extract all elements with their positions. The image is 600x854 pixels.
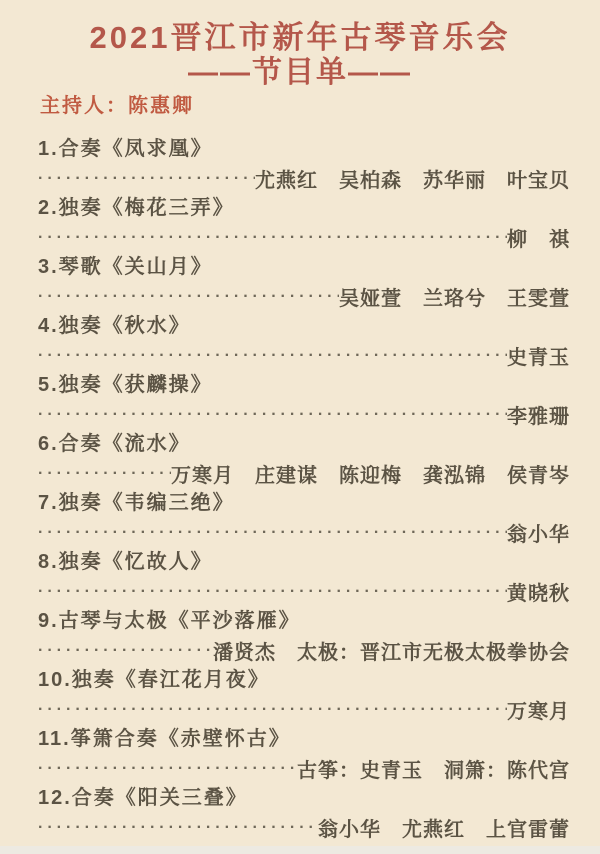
program-item-leader-row: ········································… <box>38 400 570 429</box>
program-item: 5.独奏《获麟操》 ······························… <box>38 370 570 429</box>
program-item-leader-row: ········································… <box>38 341 570 370</box>
program-item-title: 3.琴歌《关山月》 <box>38 252 570 282</box>
program-item-performers: 万寒月 <box>507 695 570 724</box>
program-item: 7.独奏《韦编三绝》 ·····························… <box>38 488 570 547</box>
page-title: 2021晋江市新年古琴音乐会 <box>0 0 600 56</box>
program-item-title: 9.古琴与太极《平沙落雁》 <box>38 606 570 636</box>
program-item-leader-row: ········································… <box>38 518 570 547</box>
program-item-performers: 翁小华 尤燕红 上官雷蕾 <box>318 813 570 842</box>
concert-program-page: 2021晋江市新年古琴音乐会 ——节目单—— 主持人：陈惠卿 1.合奏《凤求凰》… <box>0 0 600 854</box>
program-item-leader-row: ········································… <box>38 164 570 193</box>
program-item-leader-row: ········································… <box>38 282 570 311</box>
leader-dots: ········································… <box>38 577 507 606</box>
program-item-performers: 黄晓秋 <box>507 577 570 606</box>
program-item: 8.独奏《忆故人》 ······························… <box>38 547 570 606</box>
leader-dots: ········································… <box>38 223 507 252</box>
leader-dots: ········································… <box>38 459 171 488</box>
program-item-title: 8.独奏《忆故人》 <box>38 547 570 577</box>
program-item-performers: 古筝：史青玉 洞箫：陈代宫 <box>297 754 570 783</box>
leader-dots: ········································… <box>38 636 213 665</box>
program-item-performers: 潘贤杰 太极：晋江市无极太极拳协会 <box>213 636 570 665</box>
program-item-performers: 史青玉 <box>507 341 570 370</box>
program-item-leader-row: ········································… <box>38 459 570 488</box>
program-item-leader-row: ········································… <box>38 223 570 252</box>
program-item: 4.独奏《秋水》 ·······························… <box>38 311 570 370</box>
page-subtitle: ——节目单—— <box>0 56 600 90</box>
program-item-performers: 吴娅萱 兰珞兮 王雯萱 <box>339 282 570 311</box>
leader-dots: ········································… <box>38 695 507 724</box>
leader-dots: ········································… <box>38 164 255 193</box>
host-line: 主持人：陈惠卿 <box>40 94 600 118</box>
program-item-title: 6.合奏《流水》 <box>38 429 570 459</box>
leader-dots: ········································… <box>38 341 507 370</box>
bottom-strip <box>0 846 600 854</box>
program-item-title: 4.独奏《秋水》 <box>38 311 570 341</box>
program-item: 11.筝箫合奏《赤壁怀古》 ··························… <box>38 724 570 783</box>
program-item-performers: 李雅珊 <box>507 400 570 429</box>
program-item-title: 10.独奏《春江花月夜》 <box>38 665 570 695</box>
program-item-title: 7.独奏《韦编三绝》 <box>38 488 570 518</box>
program-item-leader-row: ········································… <box>38 577 570 606</box>
leader-dots: ········································… <box>38 282 339 311</box>
program-item-performers: 柳 祺 <box>507 223 570 252</box>
program-item-performers: 万寒月 庄建谋 陈迎梅 龚泓锦 侯青岑 <box>171 459 570 488</box>
leader-dots: ········································… <box>38 518 507 547</box>
program-item-leader-row: ········································… <box>38 636 570 665</box>
leader-dots: ········································… <box>38 400 507 429</box>
program-item: 12.合奏《阳关三叠》 ····························… <box>38 783 570 842</box>
program-item-title: 1.合奏《凤求凰》 <box>38 134 570 164</box>
program-item: 1.合奏《凤求凰》 ······························… <box>38 134 570 193</box>
program-item: 2.独奏《梅花三弄》 ·····························… <box>38 193 570 252</box>
program-item-title: 11.筝箫合奏《赤壁怀古》 <box>38 724 570 754</box>
program-item-leader-row: ········································… <box>38 813 570 842</box>
program-item-performers: 翁小华 <box>507 518 570 547</box>
program-list: 1.合奏《凤求凰》 ······························… <box>38 134 570 842</box>
program-item-leader-row: ········································… <box>38 754 570 783</box>
leader-dots: ········································… <box>38 813 318 842</box>
leader-dots: ········································… <box>38 754 297 783</box>
program-item-leader-row: ········································… <box>38 695 570 724</box>
program-item: 6.合奏《流水》 ·······························… <box>38 429 570 488</box>
program-item: 10.独奏《春江花月夜》 ···························… <box>38 665 570 724</box>
program-item-performers: 尤燕红 吴柏森 苏华丽 叶宝贝 <box>255 164 570 193</box>
program-item: 3.琴歌《关山月》 ······························… <box>38 252 570 311</box>
program-item-title: 2.独奏《梅花三弄》 <box>38 193 570 223</box>
program-item-title: 5.独奏《获麟操》 <box>38 370 570 400</box>
program-item: 9.古琴与太极《平沙落雁》 ··························… <box>38 606 570 665</box>
program-item-title: 12.合奏《阳关三叠》 <box>38 783 570 813</box>
